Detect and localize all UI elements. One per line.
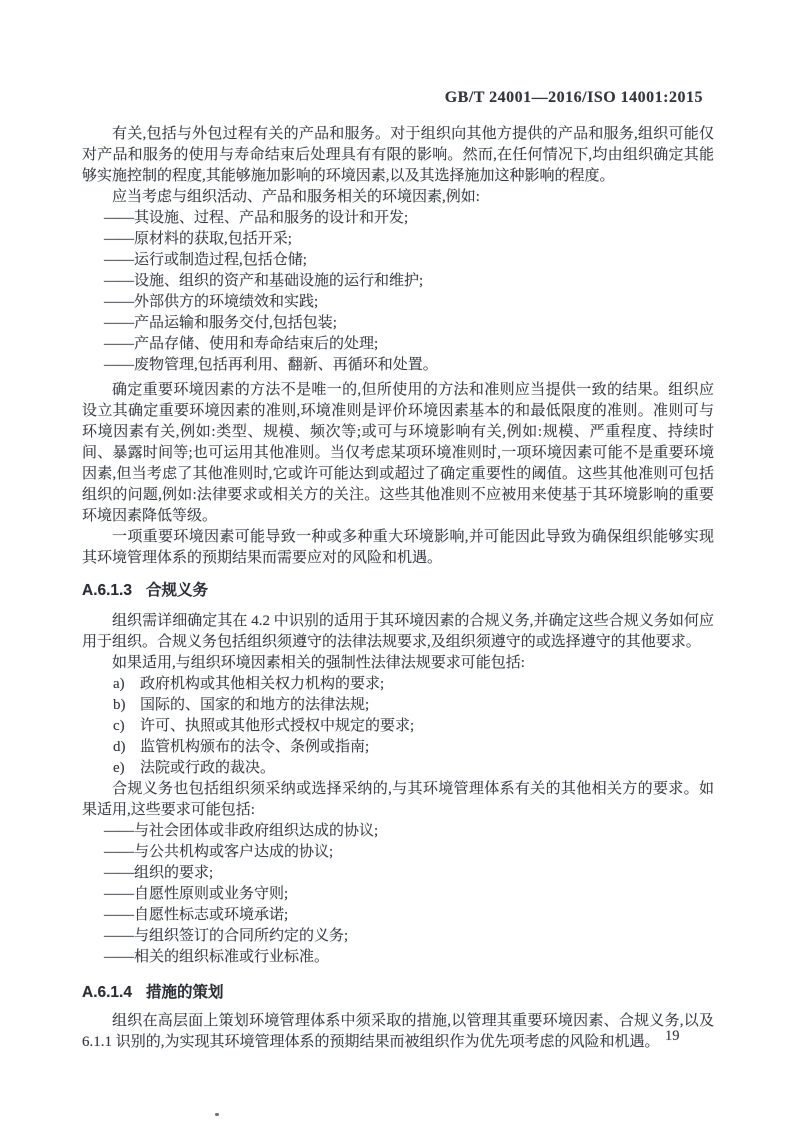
item-text: 政府机构或其他相关权力机构的要求; <box>140 676 384 692</box>
list-item: ——自愿性原则或业务守则; <box>104 884 714 905</box>
paragraph-risk: 一项重要环境因素可能导致一种或多种重大环境影响,并可能因此导致为确保组织能够实现… <box>82 527 714 569</box>
lettered-item: e)法院或行政的裁决。 <box>82 758 714 779</box>
list-item: ——产品运输和服务交付,包括包装; <box>104 313 714 334</box>
lettered-item: b)国际的、国家的和地方的法律法规; <box>82 695 714 716</box>
scan-speck <box>215 1113 219 1116</box>
list-item: ——与社会团体或非政府组织达成的协议; <box>104 821 714 842</box>
lettered-item: c)许可、执照或其他形式授权中规定的要求; <box>82 716 714 737</box>
section-heading-compliance: A.6.1.3合规义务 <box>82 578 714 604</box>
paragraph-criteria: 确定重要环境因素的方法不是唯一的,但所使用的方法和准则应当提供一致的结果。组织应… <box>82 380 714 527</box>
heading-number: A.6.1.3 <box>82 582 132 599</box>
item-letter: c) <box>113 716 140 737</box>
list-item: ——外部供方的环境绩效和实践; <box>104 292 714 313</box>
item-text: 许可、执照或其他形式授权中规定的要求; <box>140 718 414 734</box>
lettered-item: d)监管机构颁布的法令、条例或指南; <box>82 737 714 758</box>
item-text: 监管机构颁布的法令、条例或指南; <box>140 739 369 755</box>
section-heading-planning: A.6.1.4措施的策划 <box>82 980 714 1006</box>
list-item: ——原材料的获取,包括开采; <box>104 229 714 250</box>
list-item: ——自愿性标志或环境承诺; <box>104 905 714 926</box>
paragraph-scope: 有关,包括与外包过程有关的产品和服务。对于组织向其他方提供的产品和服务,组织可能… <box>82 124 714 187</box>
document-page: GB/T 24001—2016/ISO 14001:2015 有关,包括与外包过… <box>0 0 793 1121</box>
item-text: 国际的、国家的和地方的法律法规; <box>140 697 369 713</box>
aspects-list: ——其设施、过程、产品和服务的设计和开发; ——原材料的获取,包括开采; ——运… <box>104 208 714 376</box>
heading-title: 合规义务 <box>146 582 208 599</box>
list-item: ——运行或制造过程,包括仓储; <box>104 250 714 271</box>
list-item: ——相关的组织标准或行业标准。 <box>104 947 714 968</box>
heading-title: 措施的策划 <box>146 984 224 1001</box>
list-item: ——废物管理,包括再利用、翻新、再循环和处置。 <box>104 355 714 376</box>
lettered-item: a)政府机构或其他相关权力机构的要求; <box>82 674 714 695</box>
item-letter: d) <box>113 737 140 758</box>
paragraph-mandatory-intro: 如果适用,与组织环境因素相关的强制性法律法规要求可能包括: <box>82 653 714 674</box>
heading-number: A.6.1.4 <box>82 984 132 1001</box>
paragraph-planning: 组织在高层面上策划环境管理体系中须采取的措施,以管理其重要环境因素、合规义务,以… <box>82 1011 714 1053</box>
list-item: ——与公共机构或客户达成的协议; <box>104 842 714 863</box>
page-number: 19 <box>665 1028 680 1045</box>
legal-requirements-list: a)政府机构或其他相关权力机构的要求; b)国际的、国家的和地方的法律法规; c… <box>82 674 714 779</box>
other-requirements-list: ——与社会团体或非政府组织达成的协议; ——与公共机构或客户达成的协议; ——组… <box>104 821 714 968</box>
paragraph-consider-intro: 应当考虑与组织活动、产品和服务相关的环境因素,例如: <box>82 187 714 208</box>
list-item: ——其设施、过程、产品和服务的设计和开发; <box>104 208 714 229</box>
page-body: 有关,包括与外包过程有关的产品和服务。对于组织向其他方提供的产品和服务,组织可能… <box>82 124 714 1053</box>
list-item: ——设施、组织的资产和基础设施的运行和维护; <box>104 271 714 292</box>
paragraph-compliance: 组织需详细确定其在 4.2 中识别的适用于其环境因素的合规义务,并确定这些合规义… <box>82 611 714 653</box>
list-item: ——组织的要求; <box>104 863 714 884</box>
item-letter: e) <box>113 758 140 779</box>
standard-code-header: GB/T 24001—2016/ISO 14001:2015 <box>445 89 703 107</box>
item-letter: a) <box>113 674 140 695</box>
item-letter: b) <box>113 695 140 716</box>
item-text: 法院或行政的裁决。 <box>140 760 275 776</box>
list-item: ——产品存储、使用和寿命结束后的处理; <box>104 334 714 355</box>
list-item: ——与组织签订的合同所约定的义务; <box>104 926 714 947</box>
paragraph-other-reqs: 合规义务也包括组织须采纳或选择采纳的,与其环境管理体系有关的其他相关方的要求。如… <box>82 779 714 821</box>
